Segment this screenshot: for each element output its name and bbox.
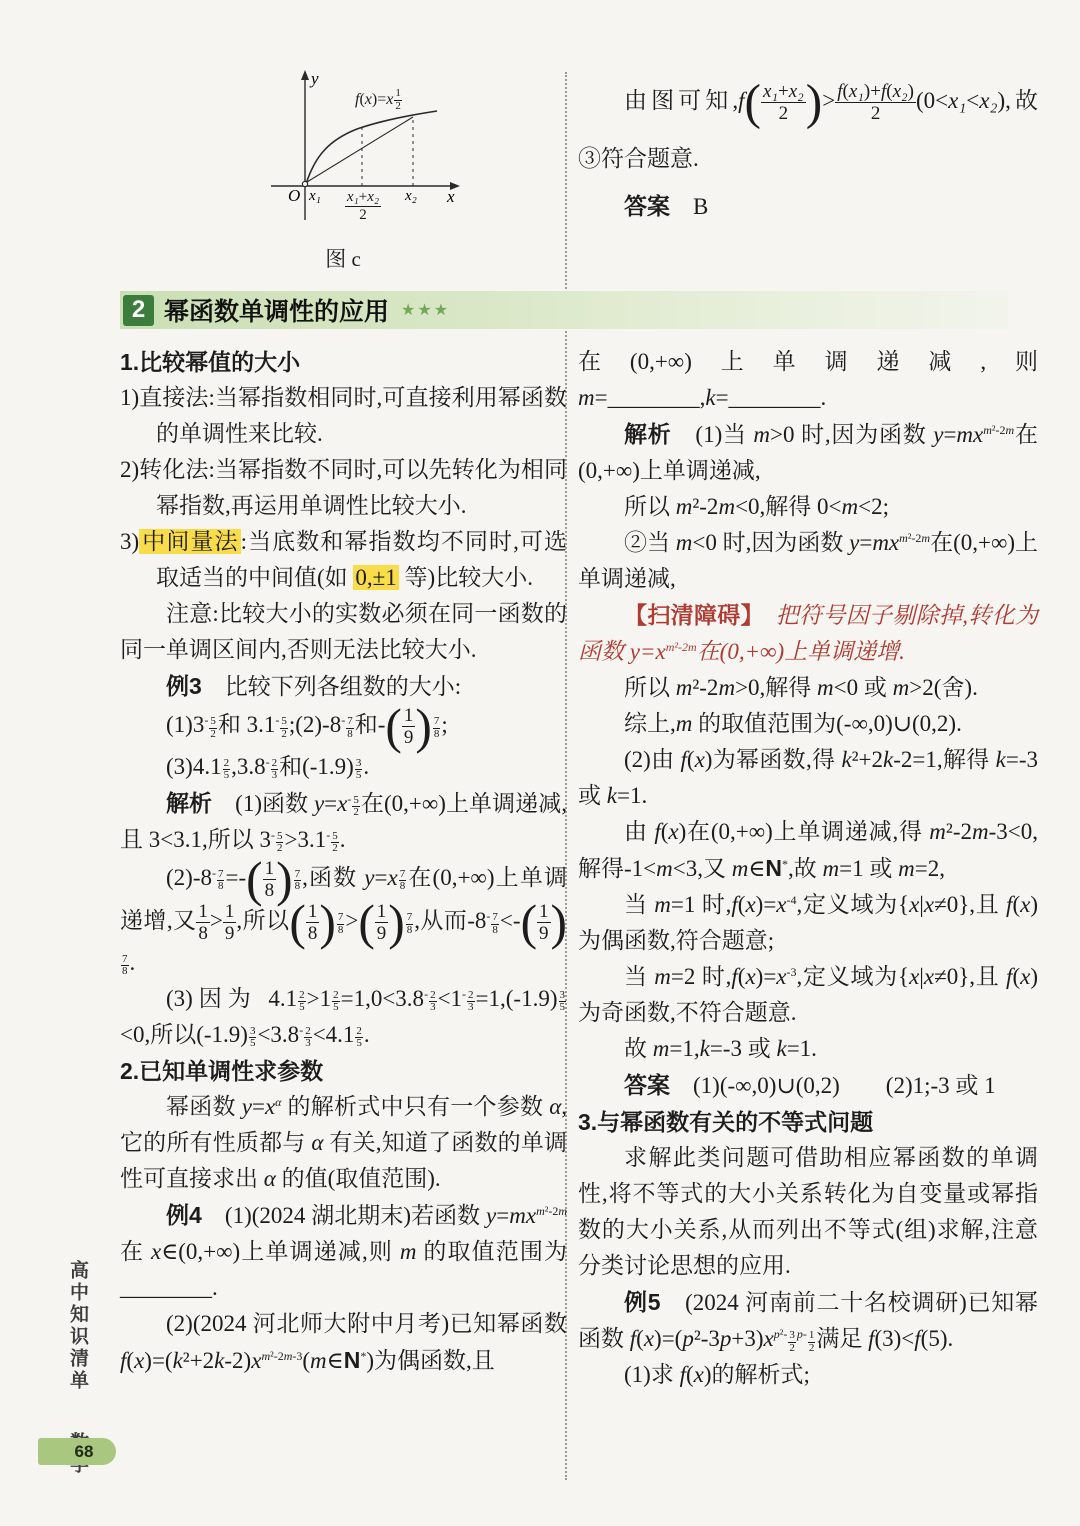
textbook-page: y x O x₁ x₂ f(x)=x12 x₁+x₂2 图 c 由图可知,f(x…	[0, 0, 1080, 1526]
section-header: 2 幂函数单调性的应用 ★★★	[120, 291, 1008, 329]
x2-tick-label: x₂	[404, 188, 417, 204]
paragraph: 当 m=2 时,f(x)=x-3,定义域为{x|x≠0},且 f(x)为奇函数,…	[578, 959, 1038, 1031]
paragraph: 解析 (1)函数 y=x-52在(0,+∞)上单调递减,且 3<3.1,所以 3…	[120, 785, 567, 858]
midpoint-fraction-label: x₁+x₂2	[327, 189, 399, 224]
paragraph: (3)因为 4.125>125=1,0<3.8-23<1-23=1,(-1.9)…	[120, 981, 567, 1053]
y-axis-label: y	[309, 69, 319, 88]
book-series-title: 高中知识清单	[67, 1260, 88, 1392]
paragraph: 所以 m²-2m<0,解得 0<m<2;	[578, 489, 1038, 525]
paragraph: (1)3-52和 3.1-52;(2)-8-78和-(19)78;	[120, 705, 567, 749]
paragraph: 2.已知单调性求参数	[120, 1053, 567, 1089]
paragraph: 答案 B	[578, 188, 1038, 225]
page-number: 68	[75, 1442, 94, 1462]
paragraph: 1.比较幂值的大小	[120, 344, 567, 380]
paragraph: (3)4.125,3.8-23和(-1.9)35.	[120, 749, 567, 785]
right-column: 在(0,+∞)上单调递减,则 m=________,k=________.解析 …	[578, 344, 1038, 1393]
figure-graph: y x O x₁ x₂ f(x)=x12 x₁+x₂2	[263, 68, 468, 258]
figure-caption: 图 c	[263, 243, 423, 273]
paragraph: 由 f(x)在(0,+∞)上单调递减,得 m²-2m-3<0,解得-1<m<3,…	[578, 814, 1038, 887]
paragraph: (2)由 f(x)为幂函数,得 k²+2k-2=1,解得 k=-3 或 k=1.	[578, 742, 1038, 814]
paragraph: (2)-8-78=-(18)78,函数 y=x78在(0,+∞)上单调递增,又1…	[120, 858, 567, 981]
y-axis-arrow	[301, 70, 309, 80]
page-number-badge: 68	[38, 1438, 116, 1465]
section-title: 幂函数单调性的应用	[164, 292, 389, 328]
paragraph: 综上,m 的取值范围为(-∞,0)∪(0,2).	[578, 706, 1038, 742]
paragraph: 由图可知,f(x₁+x₂2)>f(x₁)+f(x₂)2(0<x₁<x₂),故③符…	[578, 72, 1038, 188]
section-number: 2	[123, 295, 154, 326]
x-axis-label: x	[446, 187, 455, 206]
paragraph: 解析 (1)当 m>0 时,因为函数 y=mxm²-2m在(0,+∞)上单调递减…	[578, 416, 1038, 489]
top-right-text: 由图可知,f(x₁+x₂2)>f(x₁)+f(x₂)2(0<x₁<x₂),故③符…	[578, 72, 1038, 225]
paragraph: (2)(2024 河北师大附中月考)已知幂函数 f(x)=(k²+2k-2)xm…	[120, 1306, 567, 1379]
paragraph: 【扫清障碍】 把符号因子剔除掉,转化为函数 y=xm²-2m在(0,+∞)上单调…	[578, 597, 1038, 670]
paragraph: 例5 (2024 河南前二十名校调研)已知幂函数 f(x)=(p²-3p+3)x…	[578, 1284, 1038, 1357]
left-column: 1.比较幂值的大小1)直接法:当幂指数相同时,可直接利用幂函数的单调性来比较.2…	[120, 344, 567, 1379]
paragraph: 所以 m²-2m>0,解得 m<0 或 m>2(舍).	[578, 670, 1038, 706]
paragraph: 在(0,+∞)上单调递减,则 m=________,k=________.	[578, 344, 1038, 416]
curve-equation-label: f(x)=x12	[355, 88, 403, 112]
paragraph: ②当 m<0 时,因为函数 y=mxm²-2m在(0,+∞)上单调递减,	[578, 525, 1038, 597]
difficulty-stars: ★★★	[401, 300, 450, 320]
origin-label: O	[288, 186, 300, 205]
paragraph: 例4 (1)(2024 湖北期末)若函数 y=mxm²-2m在 x∈(0,+∞)…	[120, 1197, 567, 1306]
x1-tick-label: x₁	[308, 188, 321, 204]
paragraph: 当 m=1 时,f(x)=x-4,定义域为{x|x≠0},且 f(x)为偶函数,…	[578, 887, 1038, 959]
paragraph: 3.与幂函数有关的不等式问题	[578, 1104, 1038, 1140]
paragraph: 3)中间量法:当底数和幂指数均不同时,可选取适当的中间值(如 0,±1 等)比较…	[120, 524, 567, 596]
paragraph: 1)直接法:当幂指数相同时,可直接利用幂函数的单调性来比较.	[120, 380, 567, 452]
paragraph: 例3 比较下列各组数的大小:	[120, 668, 567, 705]
sqrt-curve	[306, 111, 437, 184]
paragraph: 2)转化法:当幂指数不同时,可以先转化为相同幂指数,再运用单调性比较大小.	[120, 452, 567, 524]
paragraph: 故 m=1,k=-3 或 k=1.	[578, 1031, 1038, 1067]
paragraph: 求解此类问题可借助相应幂函数的单调性,将不等式的大小关系转化为自变量或幂指数的大…	[578, 1140, 1038, 1284]
chord-line	[307, 117, 413, 182]
origin-point	[302, 181, 307, 186]
paragraph: 幂函数 y=xα 的解析式中只有一个参数 α,它的所有性质都与 α 有关,知道了…	[120, 1089, 567, 1197]
paragraph: 注意:比较大小的实数必须在同一函数的同一单调区间内,否则无法比较大小.	[120, 596, 567, 668]
paragraph: (1)求 f(x)的解析式;	[578, 1357, 1038, 1393]
paragraph: 答案 (1)(-∞,0)∪(0,2) (2)1;-3 或 1	[578, 1067, 1038, 1104]
